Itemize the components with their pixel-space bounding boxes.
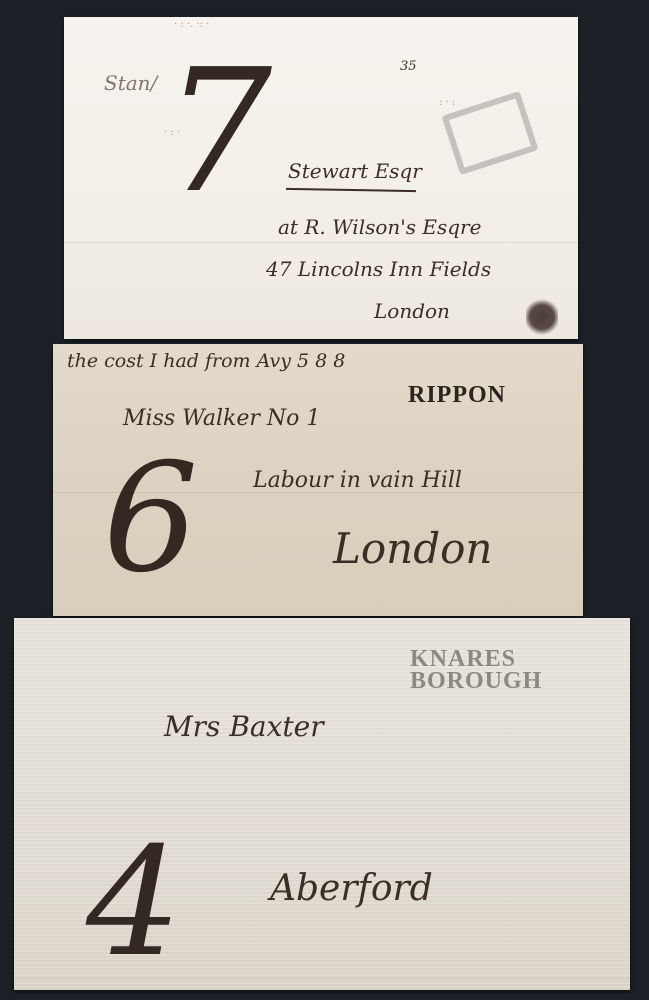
address-line-3: 47 Lincolns Inn Fields bbox=[266, 257, 491, 281]
red-postmark-traces: : · : bbox=[439, 97, 455, 108]
address-line-1: Miss Walker No 1 bbox=[123, 406, 320, 431]
rate-mark: 6 bbox=[103, 444, 198, 594]
fold-crease bbox=[53, 492, 583, 493]
fold-crease bbox=[64, 242, 578, 243]
corner-note: 35 bbox=[400, 59, 417, 74]
letter-walker-london: the cost I had from Avy 5 8 8 RIPPON Mis… bbox=[53, 344, 583, 616]
address-line-4: London bbox=[374, 299, 450, 323]
rate-mark: 4 bbox=[86, 828, 181, 978]
knaresborough-handstamp: KNARES BOROUGH bbox=[410, 648, 542, 692]
address-line-2: Labour in vain Hill bbox=[253, 468, 462, 493]
top-note: the cost I had from Avy 5 8 8 bbox=[67, 350, 345, 372]
address-line-2: Aberford bbox=[270, 868, 433, 909]
address-line-1: Mrs Baxter bbox=[164, 710, 324, 743]
rippon-handstamp: RIPPON bbox=[408, 382, 506, 409]
letter-baxter-aberford: KNARES BOROUGH Mrs Baxter 4 Aberford bbox=[14, 618, 630, 990]
grey-handstamp bbox=[441, 91, 538, 175]
fold-crease bbox=[14, 978, 630, 979]
docket-note: Stan/ bbox=[104, 71, 157, 95]
red-postmark-traces: · : ·. ·: · bbox=[174, 19, 209, 30]
wax-seal-remnant bbox=[526, 299, 558, 335]
address-line-2: at R. Wilson's Esqre bbox=[278, 215, 481, 239]
address-line-3: London bbox=[333, 524, 492, 573]
address-underline bbox=[286, 188, 416, 192]
handstamp-line-2: BOROUGH bbox=[410, 670, 542, 692]
letter-stewart-london: · : ·. ·: · · : · : · : Stan/ 7 35 Stewa… bbox=[64, 17, 578, 339]
rate-mark: 7 bbox=[164, 47, 272, 217]
address-line-1: Stewart Esqr bbox=[288, 159, 422, 183]
handstamp-line-1: KNARES bbox=[410, 648, 542, 670]
